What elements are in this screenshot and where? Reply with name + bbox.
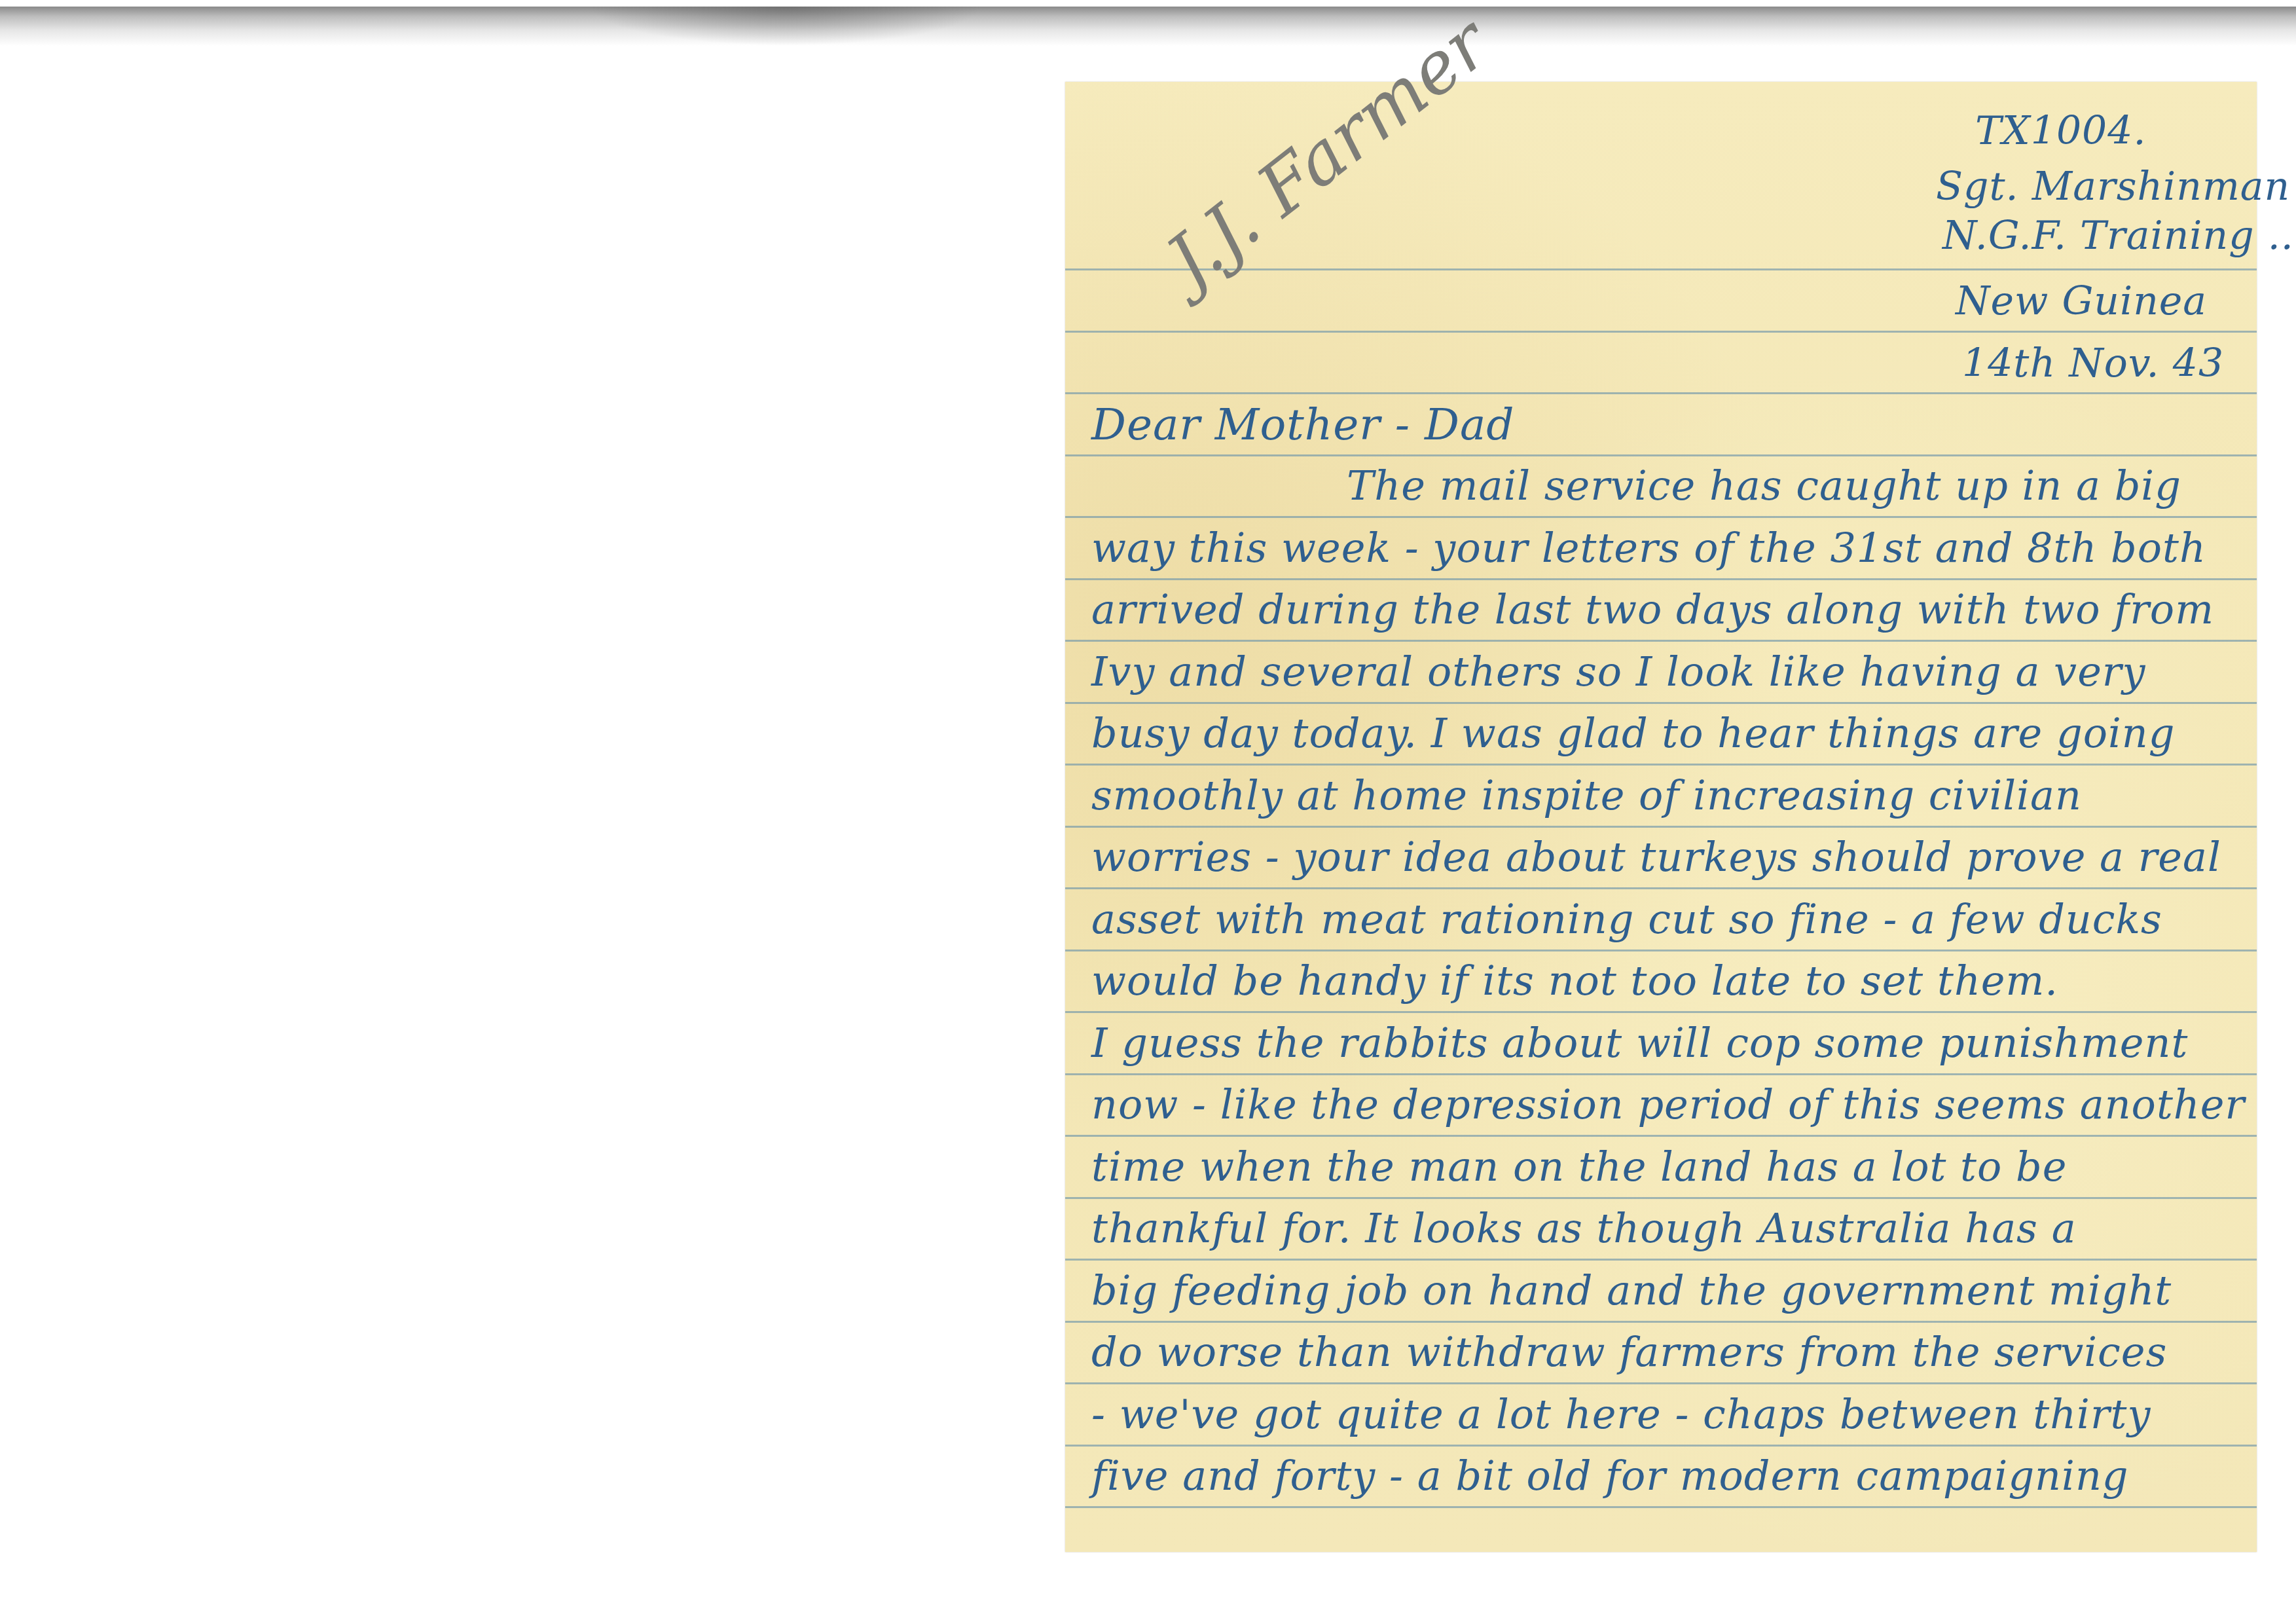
- pencil-signature: J.J. Farmer: [1151, 1, 1504, 303]
- ruled-line: [1065, 331, 2257, 333]
- letter-line: Ivy and several others so I look like ha…: [1091, 648, 2146, 695]
- letter-date: 14th Nov. 43: [1962, 341, 2224, 386]
- letter-line: big feeding job on hand and the governme…: [1091, 1266, 2172, 1314]
- ruled-line: [1065, 392, 2257, 394]
- ruled-line: [1065, 950, 2257, 951]
- letter-line: do worse than withdraw farmers from the …: [1091, 1328, 2167, 1376]
- letter-line: The mail service has caught up in a big: [1347, 462, 2181, 509]
- letter-line: time when the man on the land has a lot …: [1091, 1143, 2067, 1190]
- ruled-line: [1065, 702, 2257, 704]
- ruled-line: [1065, 1259, 2257, 1261]
- ruled-line: [1065, 454, 2257, 456]
- salutation: Dear Mother - Dad: [1091, 399, 1515, 450]
- letter-line: thankful for. It looks as though Austral…: [1091, 1204, 2077, 1252]
- letter-line: arrived during the last two days along w…: [1091, 585, 2214, 633]
- sender-unit: N.G.F. Training ...: [1942, 213, 2296, 259]
- ruled-line: [1065, 1382, 2257, 1384]
- ruled-line: [1065, 1445, 2257, 1447]
- letter-page: J.J. Farmer TX1004. Sgt. Marshinman N.G.…: [1065, 82, 2257, 1552]
- ruled-line: [1065, 516, 2257, 518]
- location: New Guinea: [1956, 278, 2207, 324]
- service-number: TX1004.: [1975, 108, 2147, 154]
- ruled-line: [1065, 887, 2257, 889]
- ruled-line: [1065, 640, 2257, 642]
- ruled-line: [1065, 826, 2257, 828]
- letter-line: worries - your idea about turkeys should…: [1091, 833, 2221, 881]
- letter-line: way this week - your letters of the 31st…: [1091, 524, 2206, 572]
- letter-line: I guess the rabbits about will cop some …: [1091, 1019, 2188, 1067]
- ruled-line: [1065, 1011, 2257, 1013]
- ruled-line: [1065, 1321, 2257, 1323]
- ruled-line: [1065, 1135, 2257, 1137]
- letter-line: five and forty - a bit old for modern ca…: [1091, 1452, 2129, 1500]
- letter-line: smoothly at home inspite of increasing c…: [1091, 771, 2082, 819]
- letter-line: now - like the depression period of this…: [1091, 1080, 2245, 1128]
- scanner-edge-shadow: [0, 7, 2296, 46]
- ruled-line: [1065, 1506, 2257, 1508]
- ruled-line: [1065, 578, 2257, 580]
- ruled-line: [1065, 764, 2257, 766]
- ruled-line: [1065, 1197, 2257, 1199]
- ruled-line: [1065, 1073, 2257, 1075]
- letter-line: busy day today. I was glad to hear thing…: [1091, 709, 2175, 757]
- letter-line: asset with meat rationing cut so fine - …: [1091, 895, 2162, 943]
- letter-line: - we've got quite a lot here - chaps bet…: [1091, 1390, 2151, 1438]
- sender-name: Sgt. Marshinman: [1936, 164, 2290, 210]
- letter-line: would be handy if its not too late to se…: [1091, 957, 2058, 1005]
